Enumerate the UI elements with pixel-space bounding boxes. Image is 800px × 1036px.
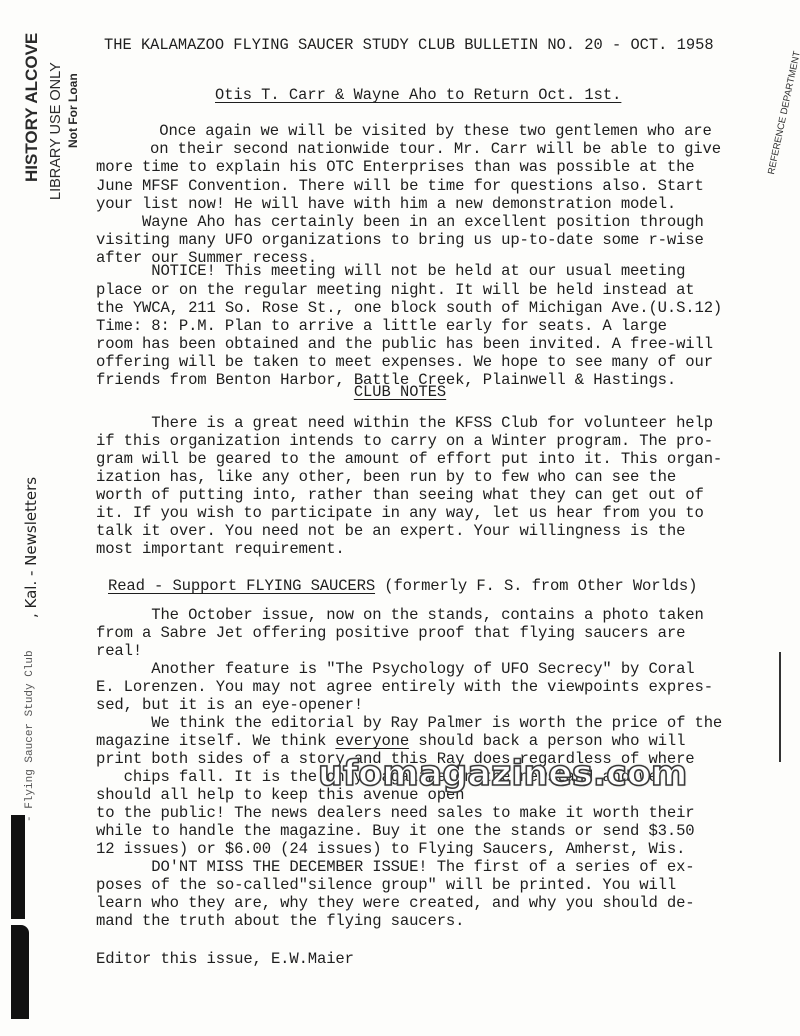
flying-saucers-heading-rest: (formerly F. S. from Other Worlds)	[375, 577, 697, 595]
text-line: talk it over. You need not be an expert.…	[96, 522, 685, 541]
text-line: June MFSF Convention. There will be time…	[96, 177, 704, 196]
text-line: it. If you wish to participate in any wa…	[96, 504, 704, 523]
text-line: Once again we will be visited by these t…	[104, 122, 712, 141]
text-line: mand the truth about the flying saucers.	[96, 912, 464, 931]
marker-bar-bottom	[11, 925, 29, 1019]
text-line: most important requirement.	[96, 540, 345, 559]
club-notes-heading: CLUB NOTES	[0, 383, 800, 401]
text-fragment: magazine itself. We think	[96, 732, 335, 750]
stamp-line: REFERENCE DEPARTMENT	[763, 38, 800, 187]
marker-bar-top	[11, 815, 25, 919]
ufomagazines-watermark: ufomagazines.com	[318, 754, 687, 794]
text-fragment: should back a person who will	[409, 732, 685, 750]
text-line: learn who they are, why they were create…	[96, 894, 695, 913]
text-line: from a Sabre Jet offering positive proof…	[96, 624, 685, 643]
text-line: 12 issues) or $6.00 (24 issues) to Flyin…	[96, 840, 685, 859]
text-line: Time: 8: P.M. Plan to arrive a little ea…	[96, 317, 667, 336]
text-line: Wayne Aho has certainly been in an excel…	[96, 213, 704, 232]
text-line: DO'NT MISS THE DECEMBER ISSUE! The first…	[96, 858, 695, 877]
text-line: the YWCA, 211 So. Rose St., one block so…	[96, 299, 722, 318]
emphasized-word: everyone	[335, 732, 409, 750]
article-title: Otis T. Carr & Wayne Aho to Return Oct. …	[215, 86, 621, 104]
text-line: your list now! He will have with him a n…	[96, 195, 676, 214]
text-line: more time to explain his OTC Enterprises…	[96, 158, 695, 177]
scanned-bulletin-page: HISTORY ALCOVE LIBRARY USE ONLY Not For …	[0, 0, 800, 1036]
text-line: There is a great need within the KFSS Cl…	[96, 414, 713, 433]
text-line: sed, but it is an eye-opener!	[96, 696, 363, 715]
text-line: real!	[96, 642, 142, 661]
margin-typed-label: - Flying Saucer Study Club	[24, 650, 36, 822]
text-line: Another feature is "The Psychology of UF…	[96, 660, 695, 679]
text-line: worth of putting into, rather than seein…	[96, 486, 704, 505]
editor-credit: Editor this issue, E.W.Maier	[96, 950, 354, 969]
library-use-only-stamp: LIBRARY USE ONLY	[48, 62, 64, 200]
bulletin-header: THE KALAMAZOO FLYING SAUCER STUDY CLUB B…	[104, 36, 714, 54]
text-line: gram will be geared to the amount of eff…	[96, 450, 722, 469]
right-margin-line	[779, 652, 781, 762]
text-line: to the public! The news dealers need sal…	[96, 804, 695, 823]
reference-department-stamp: REFERENCE DEPARTMENT KALAMAZOO PUBLIC LI…	[740, 33, 800, 215]
margin-handwritten-note: , Kal. - Newsletters	[22, 477, 40, 618]
text-line: room has been obtained and the public ha…	[96, 335, 713, 354]
flying-saucers-heading-underlined: Read - Support FLYING SAUCERS	[108, 577, 375, 595]
history-alcove-stamp: HISTORY ALCOVE	[22, 33, 42, 182]
text-line: visiting many UFO organizations to bring…	[96, 231, 704, 250]
text-line: NOTICE! This meeting will not be held at…	[96, 262, 685, 281]
text-line: We think the editorial by Ray Palmer is …	[96, 714, 722, 733]
text-line: place or on the regular meeting night. I…	[96, 281, 695, 300]
text-line: E. Lorenzen. You may not agree entirely …	[96, 678, 713, 697]
text-line: on their second nationwide tour. Mr. Car…	[104, 140, 721, 159]
text-line: while to handle the magazine. Buy it one…	[96, 822, 695, 841]
not-for-loan-stamp: Not For Loan	[66, 73, 80, 148]
flying-saucers-heading: Read - Support FLYING SAUCERS (formerly …	[108, 577, 697, 596]
text-line: if this organization intends to carry on…	[96, 432, 713, 451]
text-line: magazine itself. We think everyone shoul…	[96, 732, 685, 751]
text-line: poses of the so-called"silence group" wi…	[96, 876, 676, 895]
text-line: ization has, like any other, been run by…	[96, 468, 676, 487]
text-line: The October issue, now on the stands, co…	[96, 606, 704, 625]
text-line: offering will be taken to meet expenses.…	[96, 353, 713, 372]
